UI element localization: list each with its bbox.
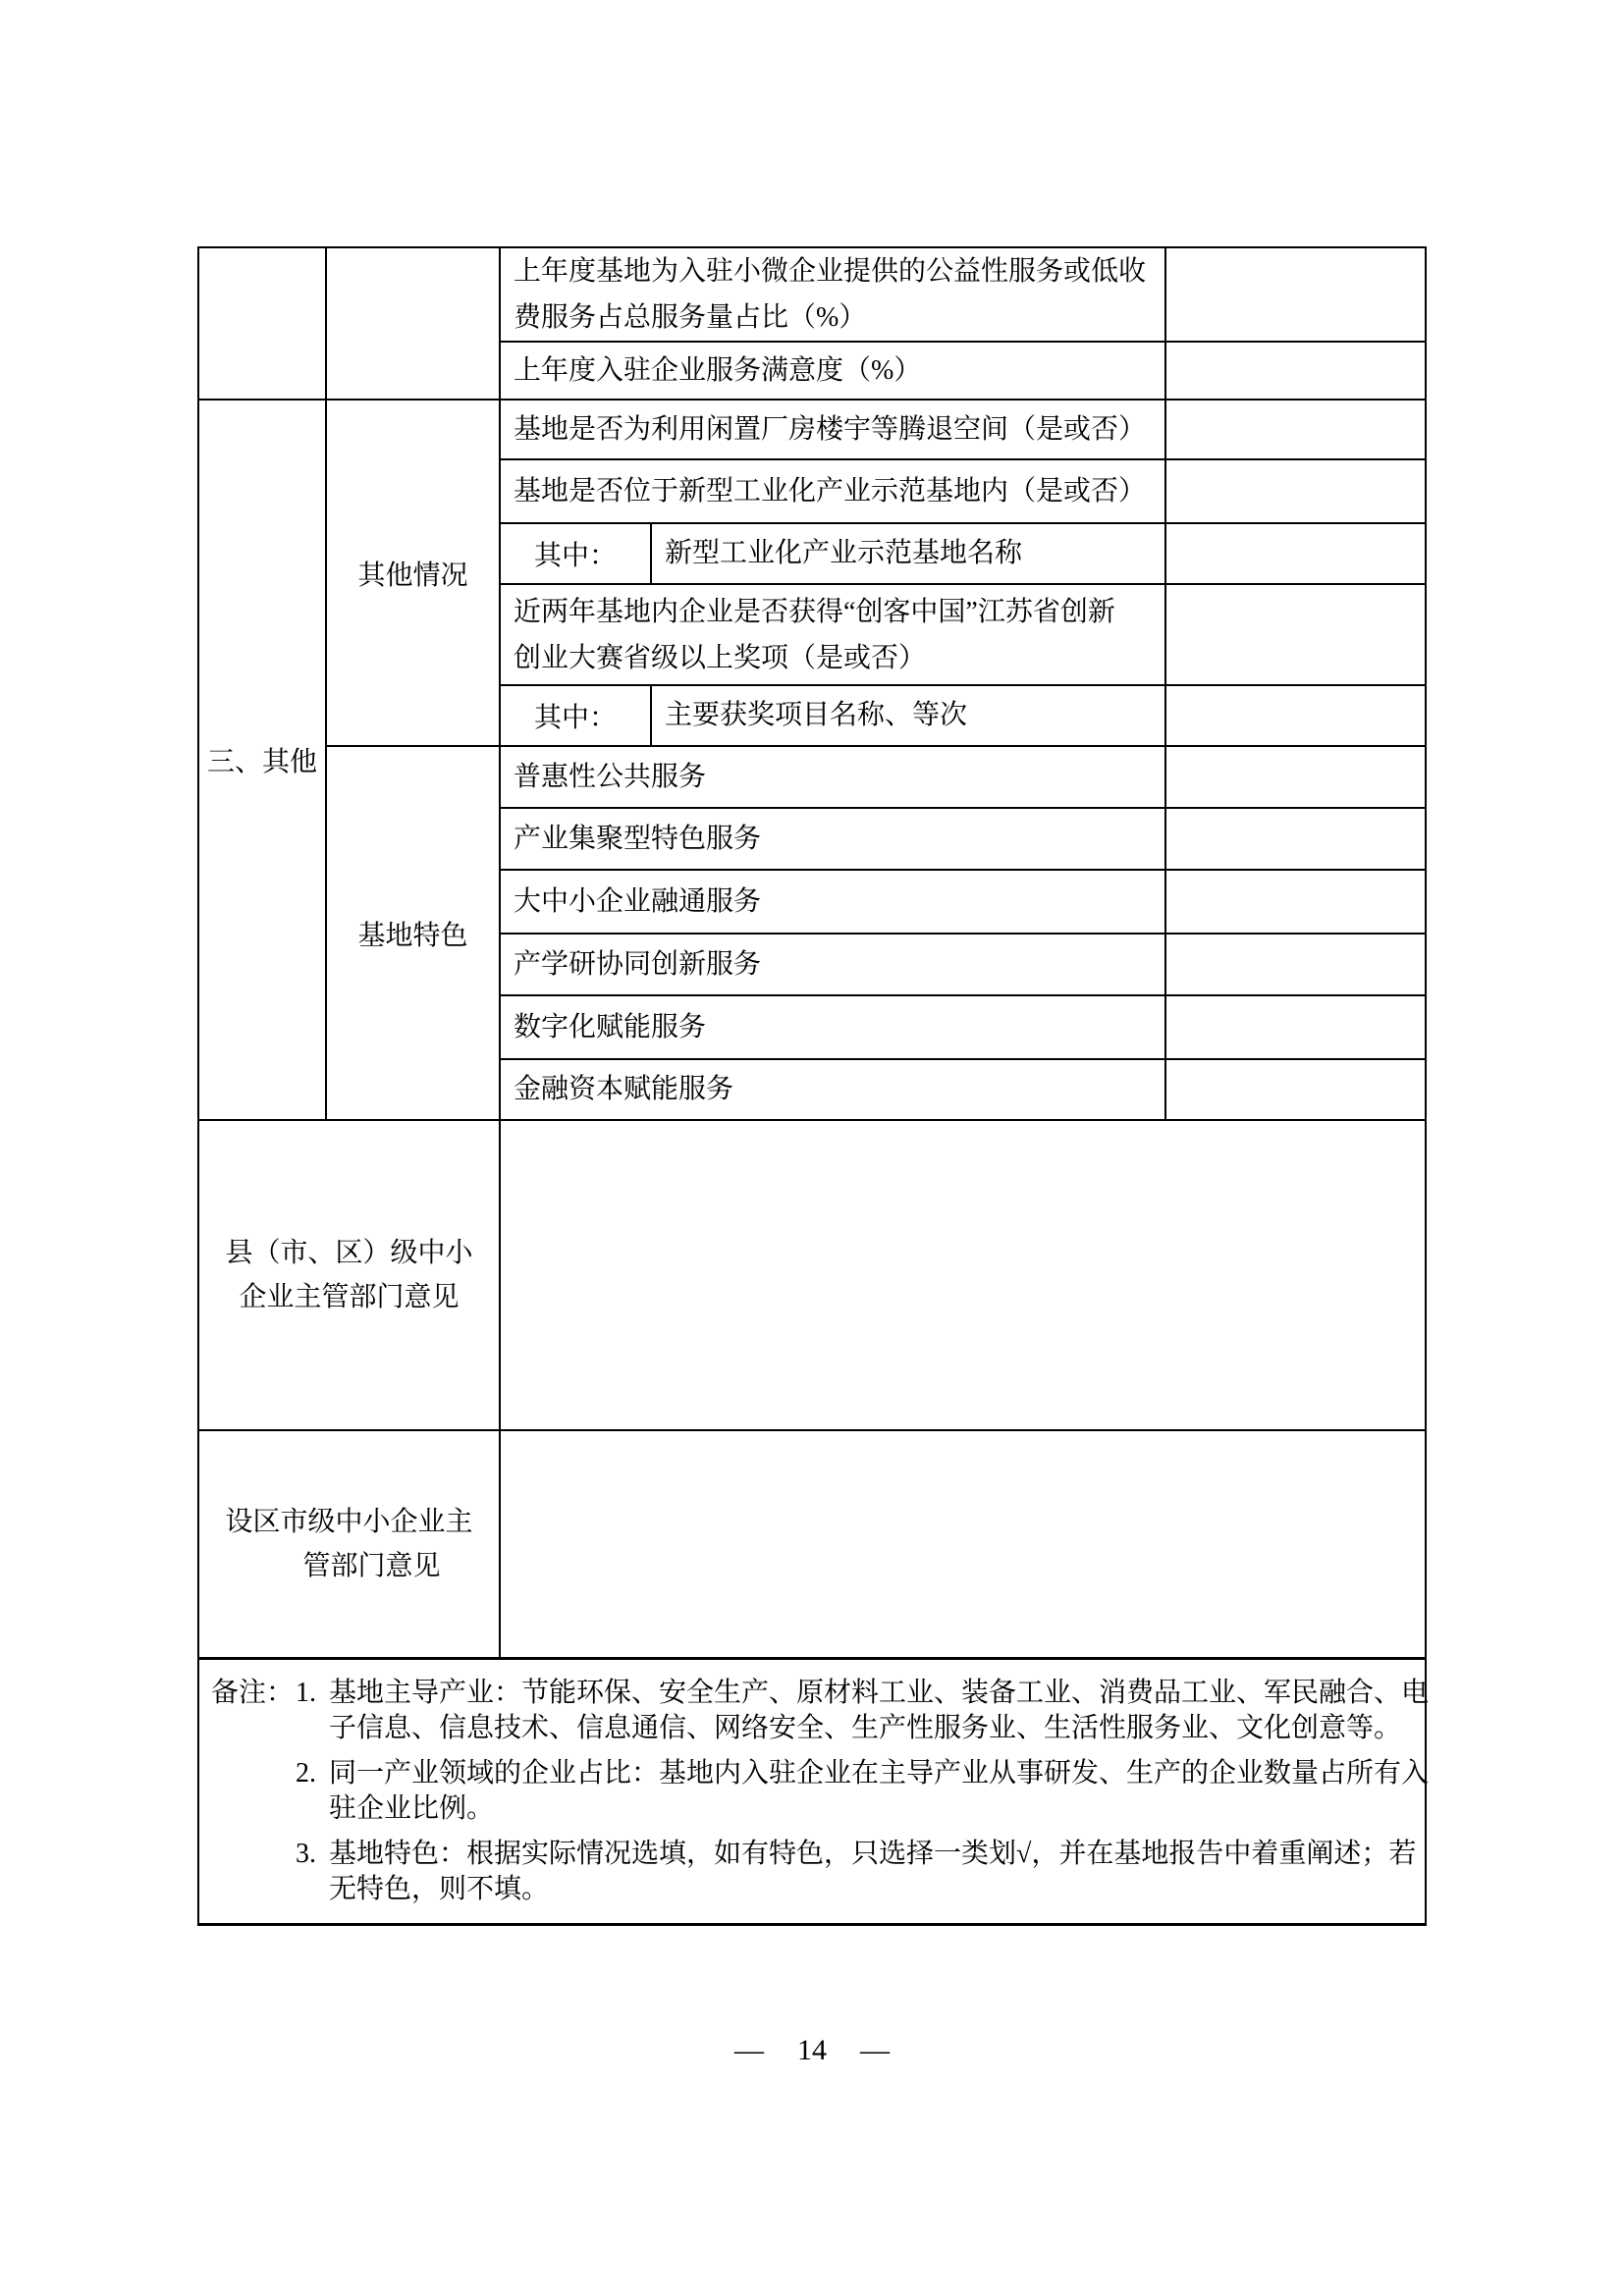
row-award-project-prefix: 其中： (501, 686, 652, 747)
form-table: 上年度基地为入驻小微企业提供的公益性服务或低收 费服务占总服务量占比（%） 上年… (197, 246, 1427, 1926)
page-number-dash-left: — (734, 2034, 764, 2067)
opinion-city-label-line2: 管部门意见 (302, 1544, 440, 1588)
page-number-dash-right: — (860, 2034, 890, 2067)
row-feature-finance-label: 金融资本赋能服务 (501, 1060, 1166, 1121)
row-demo-base-value (1166, 460, 1425, 524)
row-feature-collaboration-value (1166, 934, 1425, 996)
notes-label: 备注： (211, 1676, 294, 1711)
note-3-number: 3. (296, 1837, 329, 1907)
opinion-county-label: 县（市、区）级中小 企业主管部门意见 (199, 1121, 501, 1431)
opinion-city-label-line1: 设区市级中小企业主 (225, 1500, 472, 1544)
row-feature-cluster-value (1166, 809, 1425, 871)
note-1-number: 1. (296, 1676, 329, 1746)
row-award-project-value (1166, 686, 1425, 747)
notes-section: 备注： 1. 基地主导产业：节能环保、安全生产、原材料工业、装备工业、消费品工业… (199, 1660, 1425, 1923)
row-idle-space-label: 基地是否为利用闲置厂房楼宇等腾退空间（是或否） (501, 400, 1166, 460)
document-page: 上年度基地为入驻小微企业提供的公益性服务或低收 费服务占总服务量占比（%） 上年… (0, 0, 1624, 2296)
row-satisfaction-label: 上年度入驻企业服务满意度（%） (501, 343, 1166, 400)
row-feature-inclusive-value (1166, 747, 1425, 809)
row-award-label: 近两年基地内企业是否获得“创客中国”江苏省创新 创业大赛省级以上奖项（是或否） (501, 585, 1166, 686)
note-2-number: 2. (296, 1756, 329, 1827)
note-2-text: 同一产业领域的企业占比：基地内入驻企业在主导产业从事研发、生产的企业数量占所有入… (329, 1756, 1429, 1827)
row-satisfaction-value (1166, 343, 1425, 400)
section-other-label: 三、其他 (199, 400, 327, 1121)
row-feature-cluster-label: 产业集聚型特色服务 (501, 809, 1166, 871)
opinion-county-label-line1: 县（市、区）级中小 (225, 1231, 472, 1275)
row-public-service-ratio-label: 上年度基地为入驻小微企业提供的公益性服务或低收 费服务占总服务量占比（%） (501, 248, 1166, 343)
row-award-value (1166, 585, 1425, 686)
note-item-3: 3. 基地特色：根据实际情况选填，如有特色，只选择一类划√，并在基地报告中着重阐… (296, 1837, 1409, 1907)
row-award-project-label: 主要获奖项目名称、等次 (652, 686, 1166, 747)
row-public-service-ratio-value (1166, 248, 1425, 343)
note-item-1: 1. 基地主导产业：节能环保、安全生产、原材料工业、装备工业、消费品工业、军民融… (296, 1676, 1409, 1746)
row-demo-base-name-prefix: 其中： (501, 524, 652, 585)
note-item-2: 2. 同一产业领域的企业占比：基地内入驻企业在主导产业从事研发、生产的企业数量占… (296, 1756, 1409, 1827)
row-demo-base-name-value (1166, 524, 1425, 585)
row-demo-base-name-label: 新型工业化产业示范基地名称 (652, 524, 1166, 585)
row-feature-digital-value (1166, 996, 1425, 1060)
page-footer: — 14 — (0, 2034, 1624, 2067)
row-feature-integration-label: 大中小企业融通服务 (501, 871, 1166, 934)
carryover-group-cell (327, 248, 501, 400)
group-other-status-label: 其他情况 (327, 400, 501, 747)
row-idle-space-value (1166, 400, 1425, 460)
row-feature-digital-label: 数字化赋能服务 (501, 996, 1166, 1060)
row-feature-collaboration-label: 产学研协同创新服务 (501, 934, 1166, 996)
note-3-text: 基地特色：根据实际情况选填，如有特色，只选择一类划√，并在基地报告中着重阐述；若… (329, 1837, 1416, 1907)
opinion-county-label-line2: 企业主管部门意见 (239, 1275, 459, 1319)
opinion-city-label: 设区市级中小企业主 管部门意见 (199, 1431, 501, 1660)
row-demo-base-label: 基地是否位于新型工业化产业示范基地内（是或否） (501, 460, 1166, 524)
carryover-section-cell (199, 248, 327, 400)
page-number-value: 14 (797, 2034, 827, 2067)
opinion-city-content (501, 1431, 1425, 1660)
row-feature-integration-value (1166, 871, 1425, 934)
group-base-features-label: 基地特色 (327, 747, 501, 1121)
row-feature-finance-value (1166, 1060, 1425, 1121)
note-1-text: 基地主导产业：节能环保、安全生产、原材料工业、装备工业、消费品工业、军民融合、电… (329, 1676, 1429, 1746)
opinion-county-content (501, 1121, 1425, 1431)
row-feature-inclusive-label: 普惠性公共服务 (501, 747, 1166, 809)
